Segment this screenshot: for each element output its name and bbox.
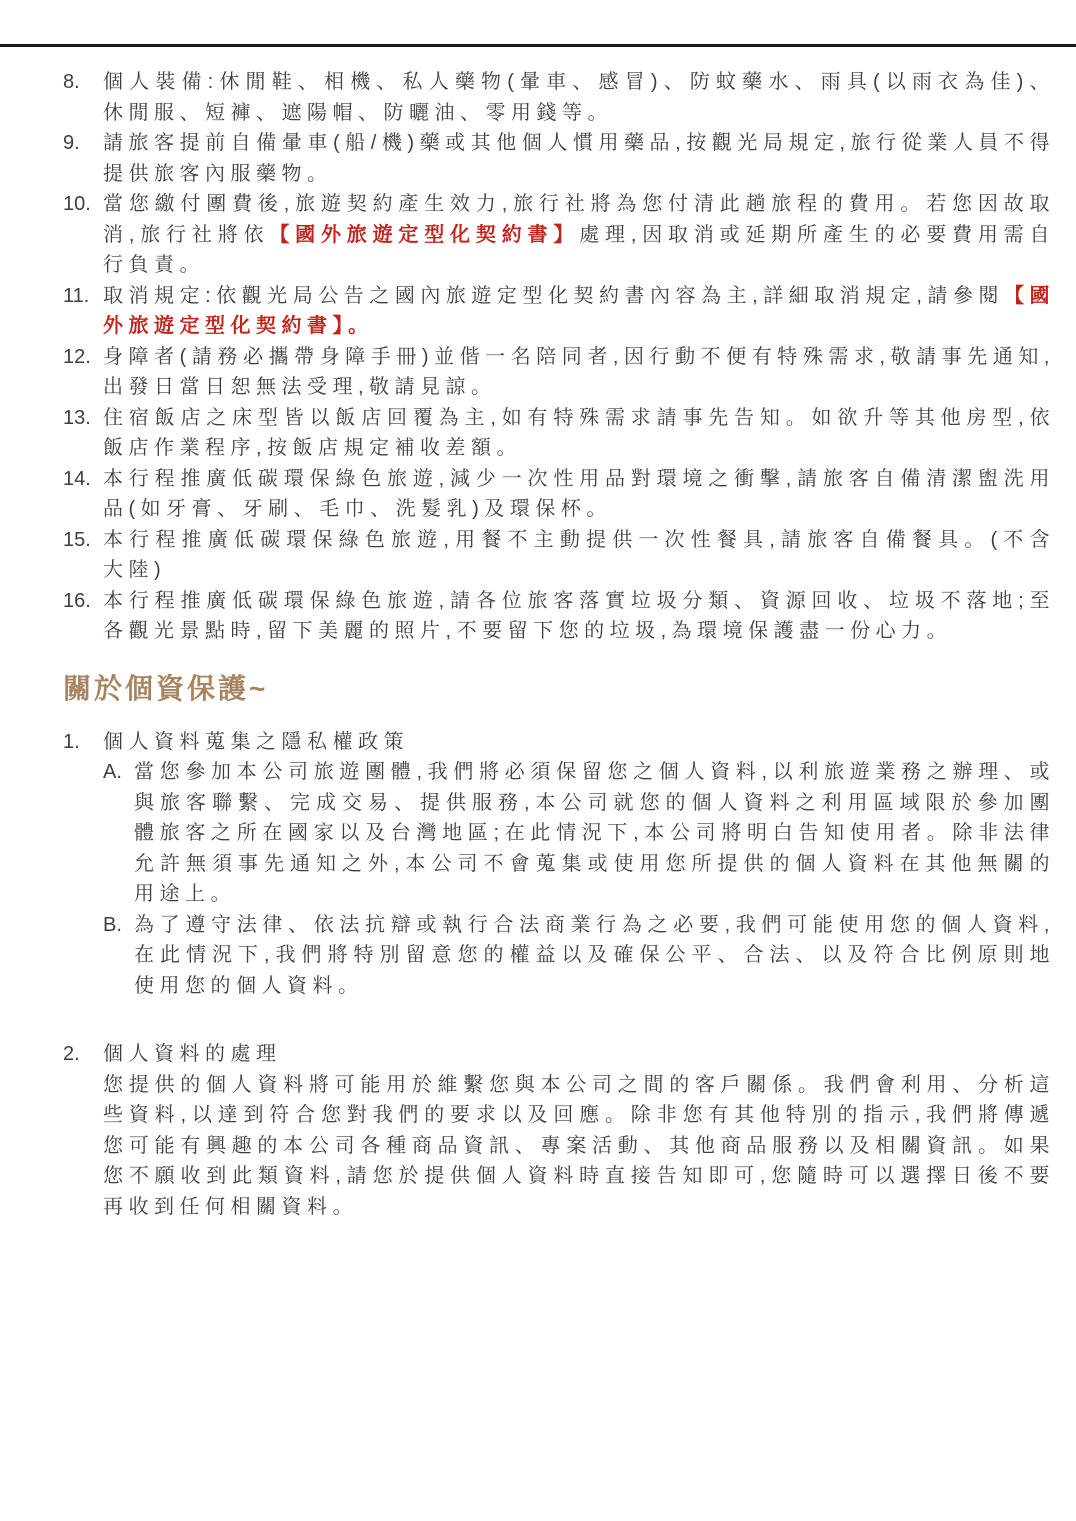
list-item-text: 取消規定:依觀光局公告之國內旅遊定型化契約書內容為主,詳細取消規定,請參閱【國外… xyxy=(103,281,1055,342)
list-item: 15.本行程推廣低碳環保綠色旅遊,用餐不主動提供一次性餐具,請旅客自備餐具。(不… xyxy=(63,525,1055,586)
list-item-text: 住宿飯店之床型皆以飯店回覆為主,如有特殊需求請事先告知。如欲升等其他房型,依飯店… xyxy=(103,403,1055,464)
privacy-item-title: 個人資料蒐集之隱私權政策 xyxy=(103,727,1055,758)
list-item: 13.住宿飯店之床型皆以飯店回覆為主,如有特殊需求請事先告知。如欲升等其他房型,… xyxy=(63,403,1055,464)
list-item-number: 12. xyxy=(63,342,103,373)
list-item-text: 身障者(請務必攜帶身障手冊)並偕一名陪同者,因行動不便有特殊需求,敬請事先通知,… xyxy=(103,342,1055,403)
list-item-segment: 本行程推廣低碳環保綠色旅遊,用餐不主動提供一次性餐具,請旅客自備餐具。(不含大陸… xyxy=(103,529,1055,582)
privacy-policy-list: 1.個人資料蒐集之隱私權政策A.當您參加本公司旅遊團體,我們將必須保留您之個人資… xyxy=(63,727,1055,1223)
list-item: 11.取消規定:依觀光局公告之國內旅遊定型化契約書內容為主,詳細取消規定,請參閱… xyxy=(63,281,1055,342)
list-item: 8.個人裝備:休閒鞋、相機、私人藥物(暈車、感冒)、防蚊藥水、雨具(以雨衣為佳)… xyxy=(63,67,1055,128)
list-item: 16.本行程推廣低碳環保綠色旅遊,請各位旅客落實垃圾分類、資源回收、垃圾不落地;… xyxy=(63,586,1055,647)
sub-item-letter: A. xyxy=(103,757,134,788)
privacy-section-heading: 關於個資保護~ xyxy=(63,671,1055,707)
list-item-number: 9. xyxy=(63,128,103,159)
list-item-number: 8. xyxy=(63,67,103,98)
list-item-segment: 身障者(請務必攜帶身障手冊)並偕一名陪同者,因行動不便有特殊需求,敬請事先通知,… xyxy=(103,346,1055,399)
list-item-segment: 本行程推廣低碳環保綠色旅遊,請各位旅客落實垃圾分類、資源回收、垃圾不落地;至各觀… xyxy=(103,590,1055,643)
list-item-text: 本行程推廣低碳環保綠色旅遊,減少一次性用品對環境之衝擊,請旅客自備清潔盥洗用品(… xyxy=(103,464,1055,525)
list-item-number: 15. xyxy=(63,525,103,556)
highlighted-contract-text: 【國外旅遊定型化契約書】 xyxy=(269,224,579,246)
list-item-number: 10. xyxy=(63,189,103,220)
top-divider xyxy=(0,44,1076,47)
list-item-text: 本行程推廣低碳環保綠色旅遊,請各位旅客落實垃圾分類、資源回收、垃圾不落地;至各觀… xyxy=(103,586,1055,647)
list-item-number: 14. xyxy=(63,464,103,495)
privacy-list-item: 1.個人資料蒐集之隱私權政策A.當您參加本公司旅遊團體,我們將必須保留您之個人資… xyxy=(63,727,1055,1002)
list-item-number: 16. xyxy=(63,586,103,617)
privacy-item-content: 個人資料蒐集之隱私權政策A.當您參加本公司旅遊團體,我們將必須保留您之個人資料,… xyxy=(103,727,1055,1002)
sub-item-letter: B. xyxy=(103,910,134,941)
list-item-number: 2. xyxy=(63,1039,103,1070)
list-item-segment: 取消規定:依觀光局公告之國內旅遊定型化契約書內容為主,詳細取消規定,請參閱 xyxy=(103,285,1004,307)
list-item: 14.本行程推廣低碳環保綠色旅遊,減少一次性用品對環境之衝擊,請旅客自備清潔盥洗… xyxy=(63,464,1055,525)
list-item-segment: 住宿飯店之床型皆以飯店回覆為主,如有特殊需求請事先告知。如欲升等其他房型,依飯店… xyxy=(103,407,1055,460)
list-item-segment: 個人裝備:休閒鞋、相機、私人藥物(暈車、感冒)、防蚊藥水、雨具(以雨衣為佳)、休… xyxy=(103,71,1055,124)
privacy-sub-item: B.為了遵守法律、依法抗辯或執行合法商業行為之必要,我們可能使用您的個人資料,在… xyxy=(103,910,1055,1002)
list-item-text: 本行程推廣低碳環保綠色旅遊,用餐不主動提供一次性餐具,請旅客自備餐具。(不含大陸… xyxy=(103,525,1055,586)
list-item-segment: 請旅客提前自備暈車(船/機)藥或其他個人慣用藥品,按觀光局規定,旅行從業人員不得… xyxy=(103,132,1055,185)
privacy-item-content: 個人資料的處理您提供的個人資料將可能用於維繫您與本公司之間的客戶關係。我們會利用… xyxy=(103,1039,1055,1222)
privacy-list-item: 2.個人資料的處理您提供的個人資料將可能用於維繫您與本公司之間的客戶關係。我們會… xyxy=(63,1039,1055,1222)
privacy-item-body: 您提供的個人資料將可能用於維繫您與本公司之間的客戶關係。我們會利用、分析這些資料… xyxy=(103,1070,1055,1223)
list-item: 10.當您繳付團費後,旅遊契約產生效力,旅行社將為您付清此趟旅程的費用。若您因故… xyxy=(63,189,1055,281)
document-content: 8.個人裝備:休閒鞋、相機、私人藥物(暈車、感冒)、防蚊藥水、雨具(以雨衣為佳)… xyxy=(63,67,1055,1222)
list-item-segment: 本行程推廣低碳環保綠色旅遊,減少一次性用品對環境之衝擊,請旅客自備清潔盥洗用品(… xyxy=(103,468,1055,521)
list-item: 12.身障者(請務必攜帶身障手冊)並偕一名陪同者,因行動不便有特殊需求,敬請事先… xyxy=(63,342,1055,403)
list-item-text: 請旅客提前自備暈車(船/機)藥或其他個人慣用藥品,按觀光局規定,旅行從業人員不得… xyxy=(103,128,1055,189)
list-item-number: 1. xyxy=(63,727,103,758)
list-item-text: 個人裝備:休閒鞋、相機、私人藥物(暈車、感冒)、防蚊藥水、雨具(以雨衣為佳)、休… xyxy=(103,67,1055,128)
list-item: 9.請旅客提前自備暈車(船/機)藥或其他個人慣用藥品,按觀光局規定,旅行從業人員… xyxy=(63,128,1055,189)
sub-item-text: 為了遵守法律、依法抗辯或執行合法商業行為之必要,我們可能使用您的個人資料,在此情… xyxy=(134,910,1055,1002)
travel-notes-list: 8.個人裝備:休閒鞋、相機、私人藥物(暈車、感冒)、防蚊藥水、雨具(以雨衣為佳)… xyxy=(63,67,1055,647)
privacy-sub-item: A.當您參加本公司旅遊團體,我們將必須保留您之個人資料,以利旅遊業務之辦理、或與… xyxy=(103,757,1055,910)
privacy-item-title: 個人資料的處理 xyxy=(103,1039,1055,1070)
list-item-text: 當您繳付團費後,旅遊契約產生效力,旅行社將為您付清此趟旅程的費用。若您因故取消,… xyxy=(103,189,1055,281)
list-item-number: 11. xyxy=(63,281,103,312)
list-item-number: 13. xyxy=(63,403,103,434)
sub-item-text: 當您參加本公司旅遊團體,我們將必須保留您之個人資料,以利旅遊業務之辦理、或與旅客… xyxy=(134,757,1055,910)
